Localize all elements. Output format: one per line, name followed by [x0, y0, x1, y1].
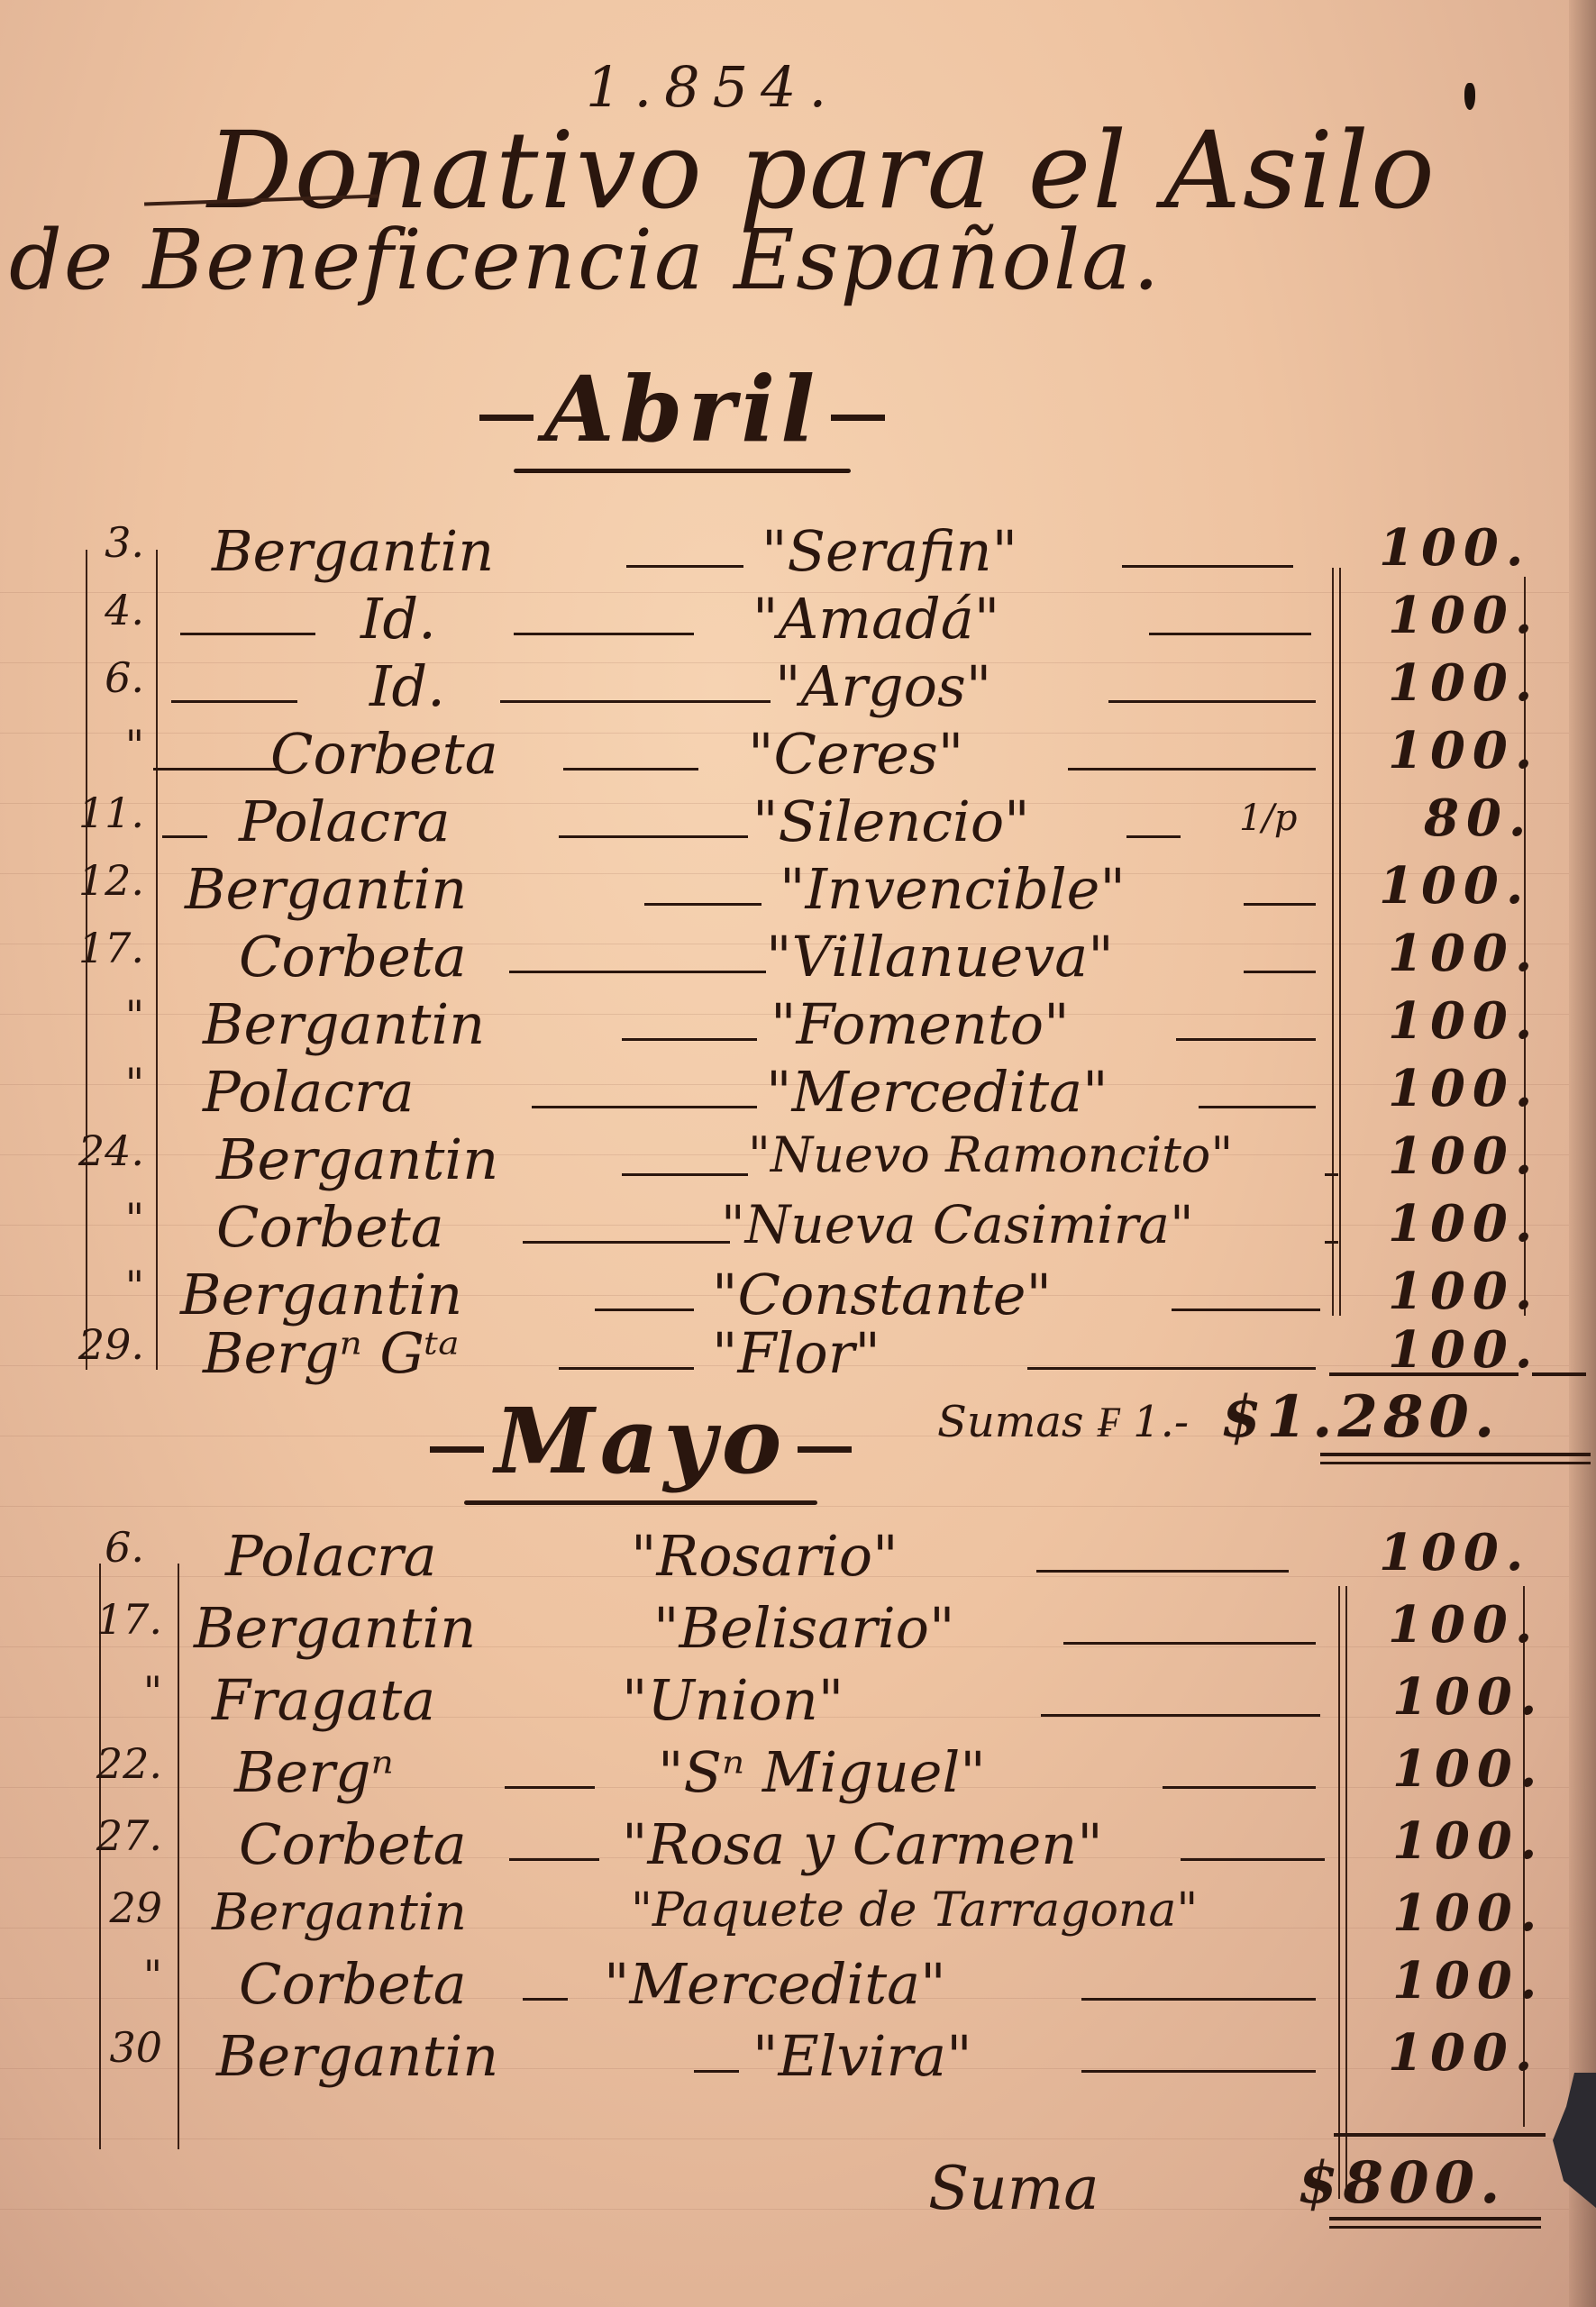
- entry-day: 12.: [72, 856, 144, 905]
- entry-amount: 100.: [1392, 1667, 1544, 1727]
- entry-amount: 100.: [1388, 1320, 1539, 1380]
- leader-line: [509, 971, 766, 973]
- entry-vessel-name: "Nuevo Ramoncito": [748, 1126, 1233, 1183]
- entry-amount: 100.: [1388, 653, 1539, 713]
- entry-vessel-name: "Mercedita": [766, 1059, 1108, 1125]
- entry-amount: 100.: [1388, 1262, 1539, 1321]
- leader-line: [622, 1038, 757, 1041]
- entry-vessel-type: Corbeta: [239, 1951, 467, 2017]
- leader-line: [500, 700, 771, 703]
- entry-vessel-name: "Ceres": [748, 721, 963, 787]
- ledger-row: 4. Id. "Amadá" 100.: [0, 586, 1596, 654]
- heading-underline: [514, 469, 851, 473]
- ledger-row: 12. Bergantin "Invencible" 100.: [0, 856, 1596, 925]
- ledger-row: 3. Bergantin "Serafin" 100.: [0, 518, 1596, 587]
- leader-line: [694, 2070, 739, 2073]
- leader-line: [1244, 971, 1316, 973]
- heading-dash-right: [831, 415, 885, 421]
- entry-vessel-type: Id.: [360, 586, 436, 652]
- entry-vessel-type: Bergantin: [194, 1595, 476, 1661]
- leader-line: [626, 565, 743, 568]
- entry-amount: 100.: [1388, 1194, 1539, 1254]
- subtotal-rule: [1329, 1372, 1518, 1376]
- abril-sum-label: Sumas ₣ 1.-: [937, 1397, 1189, 1447]
- entry-vessel-type: Corbeta: [239, 924, 467, 989]
- heading-dash-left: [430, 1446, 484, 1453]
- entry-amount: 100.: [1379, 518, 1530, 578]
- entry-vessel-name: "Union": [622, 1667, 844, 1733]
- entry-vessel-name: "Flor": [712, 1320, 880, 1386]
- entry-vessel-name: "Belisario": [653, 1595, 955, 1661]
- entry-vessel-type: Bergⁿ: [234, 1739, 394, 1805]
- entry-day: ": [90, 1667, 162, 1716]
- leader-line: [1081, 1998, 1316, 2001]
- leader-line: [505, 1786, 595, 1789]
- ledger-row: 22. Bergⁿ "Sⁿ Miguel" 100.: [0, 1739, 1596, 1808]
- leader-line: [1176, 1038, 1316, 1041]
- entry-amount: 100.: [1392, 1883, 1544, 1943]
- entry-amount: 100.: [1388, 1126, 1539, 1186]
- entry-vessel-type: Bergantin: [180, 1262, 462, 1327]
- entry-vessel-name: "Silencio": [752, 789, 1030, 854]
- entry-vessel-name: "Serafin": [762, 518, 1017, 584]
- mayo-sum-value: $800.: [1298, 2149, 1505, 2217]
- ledger-page: 1.854. Donativo para el Asilo de Benefic…: [0, 0, 1596, 2307]
- entry-vessel-type: Bergantin: [212, 518, 494, 584]
- ledger-row: 17. Corbeta "Villanueva" 100.: [0, 924, 1596, 992]
- entry-vessel-type: Bergantin: [185, 856, 467, 922]
- ledger-row: 30 Bergantin "Elvira" 100.: [0, 2023, 1596, 2092]
- entry-vessel-type: Corbeta: [216, 1194, 444, 1260]
- leader-line: [509, 1858, 599, 1861]
- entry-day: ": [72, 721, 144, 770]
- entry-vessel-type: Bergantin: [216, 2023, 498, 2089]
- entry-day: 17.: [90, 1595, 162, 1644]
- entry-day: ": [72, 1059, 144, 1108]
- entry-amount: 100.: [1388, 1595, 1539, 1655]
- ledger-row: 17. Bergantin "Belisario" 100.: [0, 1595, 1596, 1664]
- entry-amount: 100.: [1388, 586, 1539, 645]
- entry-vessel-type: Id.: [369, 653, 445, 719]
- heading-underline: [464, 1500, 817, 1505]
- entry-day: ": [72, 991, 144, 1040]
- leader-line: [1325, 1173, 1338, 1176]
- entry-day: 6.: [72, 653, 144, 702]
- ledger-row: 29. Bergⁿ Gᵗᵃ "Flor" 100.: [0, 1320, 1596, 1389]
- leader-line: [559, 1367, 694, 1370]
- entry-vessel-type: Corbeta: [270, 721, 498, 787]
- entry-day: 22.: [90, 1739, 162, 1788]
- leader-line: [595, 1309, 694, 1311]
- entry-day: 4.: [72, 586, 144, 634]
- ink-blot: [1464, 83, 1475, 110]
- leader-line: [1068, 768, 1316, 771]
- entry-day: 29.: [72, 1320, 144, 1369]
- entry-vessel-type: Polacra: [239, 789, 451, 854]
- entry-vessel-type: Bergantin: [203, 991, 485, 1057]
- month-heading-abril: Abril: [469, 356, 896, 462]
- leader-line: [1149, 633, 1311, 635]
- entry-vessel-name: "Fomento": [771, 991, 1070, 1057]
- ledger-row: 29 Bergantin "Paquete de Tarragona" 100.: [0, 1883, 1596, 1952]
- leader-line: [1244, 903, 1316, 906]
- leader-line: [153, 768, 279, 771]
- entry-vessel-name: "Nueva Casimira": [721, 1194, 1194, 1255]
- leader-line: [1163, 1786, 1316, 1789]
- mayo-sum-label: Suma: [928, 2154, 1099, 2223]
- ledger-row: " Corbeta "Mercedita" 100.: [0, 1951, 1596, 2020]
- total-double-rule-1: [1329, 2217, 1541, 2220]
- entry-amount: 100.: [1388, 1059, 1539, 1118]
- leader-line: [1036, 1570, 1289, 1573]
- leader-line: [1027, 1367, 1316, 1370]
- leader-line: [532, 1106, 757, 1108]
- ledger-row: 27. Corbeta "Rosa y Carmen" 100.: [0, 1811, 1596, 1880]
- entry-amount: 100.: [1379, 1523, 1530, 1582]
- entry-vessel-type: Polacra: [203, 1059, 415, 1125]
- entry-annotation: 1/p: [1239, 798, 1298, 839]
- leader-line: [180, 633, 315, 635]
- leader-line: [1122, 565, 1293, 568]
- subtotal-rule: [1334, 2133, 1546, 2137]
- entry-amount: 100.: [1388, 721, 1539, 780]
- entry-day: ": [72, 1194, 144, 1243]
- entry-amount: 80.: [1424, 789, 1533, 848]
- heading-dash-left: [479, 415, 534, 421]
- leader-line: [1108, 700, 1316, 703]
- document-title-line2: de Beneficencia Española.: [9, 212, 1161, 308]
- entry-amount: 100.: [1388, 924, 1539, 983]
- entry-day: ": [90, 1951, 162, 2000]
- leader-line: [514, 633, 694, 635]
- entry-vessel-name: "Argos": [775, 653, 991, 719]
- leader-line: [1172, 1309, 1320, 1311]
- leader-line: [644, 903, 762, 906]
- ledger-row: 24. Bergantin "Nuevo Ramoncito" 100.: [0, 1126, 1596, 1195]
- leader-line: [1041, 1714, 1320, 1717]
- leader-line: [171, 700, 297, 703]
- entry-vessel-type: Bergantin: [216, 1126, 498, 1192]
- entry-vessel-name: "Villanueva": [766, 924, 1114, 989]
- leader-line: [559, 835, 748, 838]
- abril-sum-value: $1.280.: [1221, 1383, 1500, 1451]
- leader-line: [563, 768, 698, 771]
- entry-amount: 100.: [1392, 1811, 1544, 1871]
- month-label: Abril: [544, 356, 820, 462]
- leader-line: [1181, 1858, 1325, 1861]
- entry-vessel-name: "Paquete de Tarragona": [631, 1883, 1198, 1938]
- entry-amount: 100.: [1379, 856, 1530, 916]
- entry-vessel-name: "Rosa y Carmen": [622, 1811, 1103, 1877]
- ledger-row: " Polacra "Mercedita" 100.: [0, 1059, 1596, 1127]
- entry-day: 3.: [72, 518, 144, 567]
- leader-line: [1199, 1106, 1316, 1108]
- ledger-row: " Fragata "Union" 100.: [0, 1667, 1596, 1736]
- entry-vessel-name: "Sⁿ Miguel": [658, 1739, 986, 1805]
- entry-vessel-name: "Invencible": [780, 856, 1126, 922]
- leader-line: [523, 1241, 730, 1244]
- month-heading-mayo: Mayo: [419, 1388, 862, 1494]
- leader-line: [162, 835, 207, 838]
- entry-vessel-name: "Rosario": [631, 1523, 898, 1589]
- entry-day: 6.: [72, 1523, 144, 1572]
- subtotal-rule-ext: [1532, 1372, 1586, 1376]
- leader-line: [622, 1173, 748, 1176]
- ledger-row: " Corbeta "Nueva Casimira" 100.: [0, 1194, 1596, 1263]
- entry-amount: 100.: [1388, 2023, 1539, 2083]
- entry-vessel-name: "Mercedita": [604, 1951, 946, 2017]
- entry-vessel-name: "Elvira": [752, 2023, 972, 2089]
- leader-line: [1081, 2070, 1316, 2073]
- ledger-row: 11. Polacra "Silencio" 1/p 80.: [0, 789, 1596, 857]
- ledger-row: 6. Polacra "Rosario" 100.: [0, 1523, 1596, 1591]
- leader-line: [1063, 1642, 1316, 1645]
- entry-vessel-type: Corbeta: [239, 1811, 467, 1877]
- ledger-row: " Bergantin "Fomento" 100.: [0, 991, 1596, 1060]
- month-label: Mayo: [495, 1388, 787, 1494]
- entry-day: 30: [90, 2023, 162, 2072]
- entry-day: 17.: [72, 924, 144, 972]
- total-double-rule-1: [1320, 1453, 1591, 1456]
- entry-day: ": [72, 1262, 144, 1310]
- entry-vessel-name: "Amadá": [752, 586, 999, 652]
- entry-day: 11.: [72, 789, 144, 837]
- entry-day: 24.: [72, 1126, 144, 1175]
- total-double-rule-2: [1320, 1462, 1591, 1464]
- entry-amount: 100.: [1392, 1951, 1544, 2011]
- ledger-row: 6. Id. "Argos" 100.: [0, 653, 1596, 722]
- total-double-rule-2: [1329, 2226, 1541, 2229]
- entry-vessel-type: Bergⁿ Gᵗᵃ: [203, 1320, 460, 1386]
- leader-line: [523, 1998, 568, 2001]
- leader-line: [1126, 835, 1181, 838]
- entry-day: 27.: [90, 1811, 162, 1860]
- ledger-row: " Corbeta "Ceres" 100.: [0, 721, 1596, 789]
- entry-vessel-type: Fragata: [212, 1667, 435, 1733]
- entry-vessel-name: "Constante": [712, 1262, 1052, 1327]
- leader-line: [1325, 1241, 1338, 1244]
- entry-amount: 100.: [1388, 991, 1539, 1051]
- entry-vessel-type: Bergantin: [212, 1883, 467, 1942]
- entry-day: 29: [90, 1883, 162, 1932]
- heading-dash-right: [798, 1446, 852, 1453]
- entry-vessel-type: Polacra: [225, 1523, 437, 1589]
- entry-amount: 100.: [1392, 1739, 1544, 1799]
